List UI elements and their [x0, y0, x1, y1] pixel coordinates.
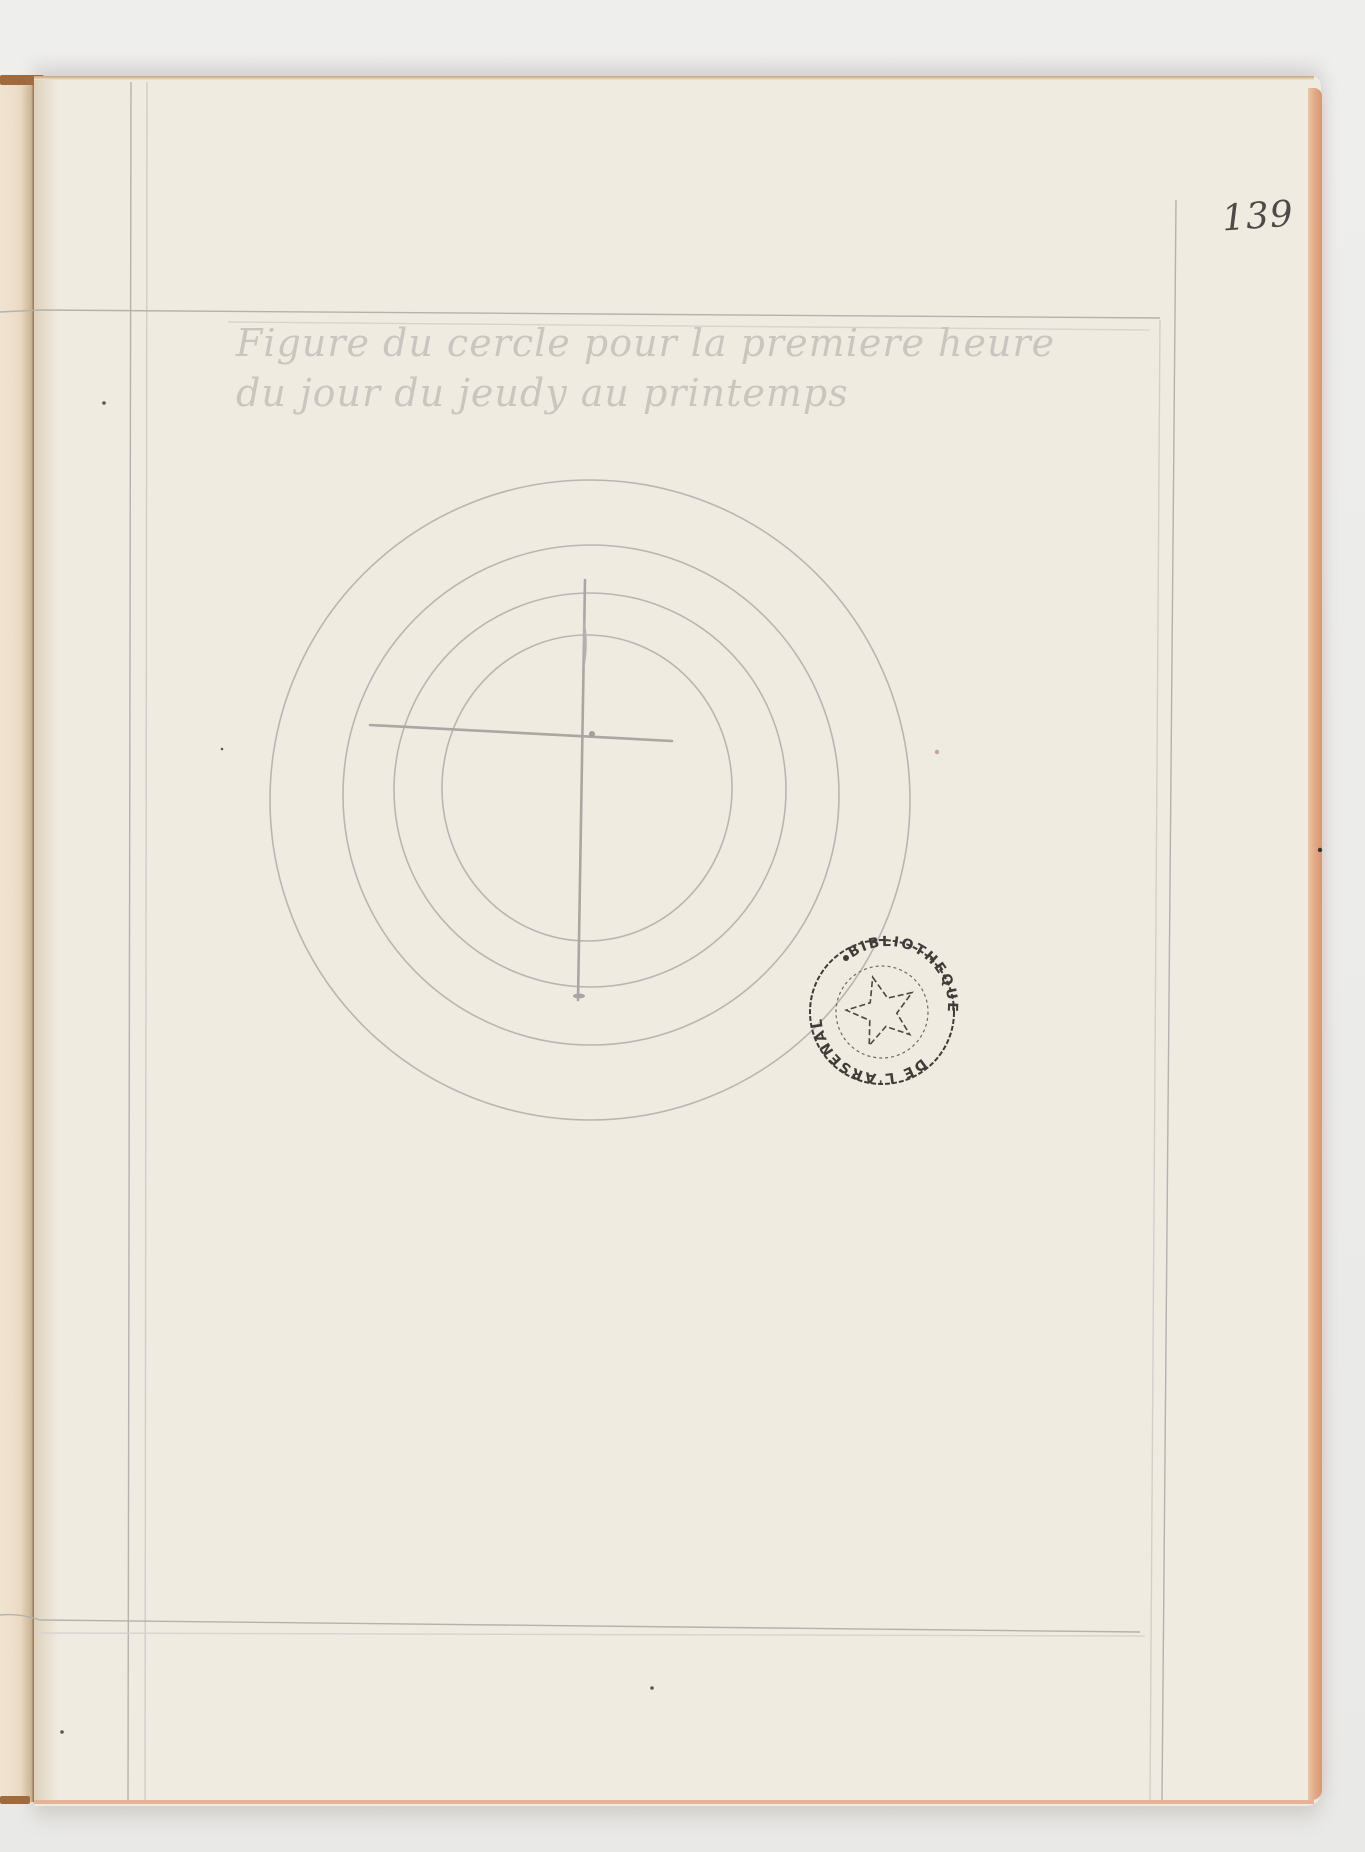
right-margin-rule-outer — [1162, 200, 1176, 1800]
bottom-horizontal-rule-inner — [40, 1633, 1145, 1636]
center-point — [589, 731, 595, 737]
caption-line-2: du jour du jeudy au printemps — [236, 368, 1156, 418]
stamp-text-top: BIBLIOTHEQUE — [846, 934, 961, 1014]
right-margin-rule-inner — [1150, 320, 1160, 1800]
left-margin-rule-outer — [128, 82, 131, 1800]
left-margin-rule-inner — [145, 82, 147, 1800]
folio-number: 139 — [1221, 194, 1295, 240]
stamp-text-top-path: BIBLIOTHEQUE — [846, 934, 961, 1014]
vertical-line-foot — [573, 994, 585, 999]
figure-caption: Figure du cercle pour la premiere heure … — [236, 318, 1156, 418]
stamp-dot — [843, 955, 849, 961]
stamp-text-bottom-path: DE L'ARSENAL — [809, 1016, 929, 1086]
caption-line-1: Figure du cercle pour la premiere heure — [236, 318, 1156, 368]
circle-second — [343, 545, 839, 1045]
bottom-horizontal-rule — [0, 1615, 1140, 1632]
top-horizontal-rule — [0, 310, 1160, 318]
horizontal-cross-line — [370, 725, 672, 741]
scan-scene: BIBLIOTHEQUE DE L'ARSENAL Figure du cerc… — [0, 0, 1365, 1852]
stamp-text-bottom: DE L'ARSENAL — [809, 1016, 929, 1086]
page-drawing-layer: BIBLIOTHEQUE DE L'ARSENAL — [0, 0, 1365, 1852]
paper-specks — [60, 401, 1322, 1734]
cross-lines — [370, 580, 672, 1000]
circle-third — [394, 593, 786, 987]
star-icon — [840, 968, 923, 1048]
circle-inner — [442, 635, 732, 941]
